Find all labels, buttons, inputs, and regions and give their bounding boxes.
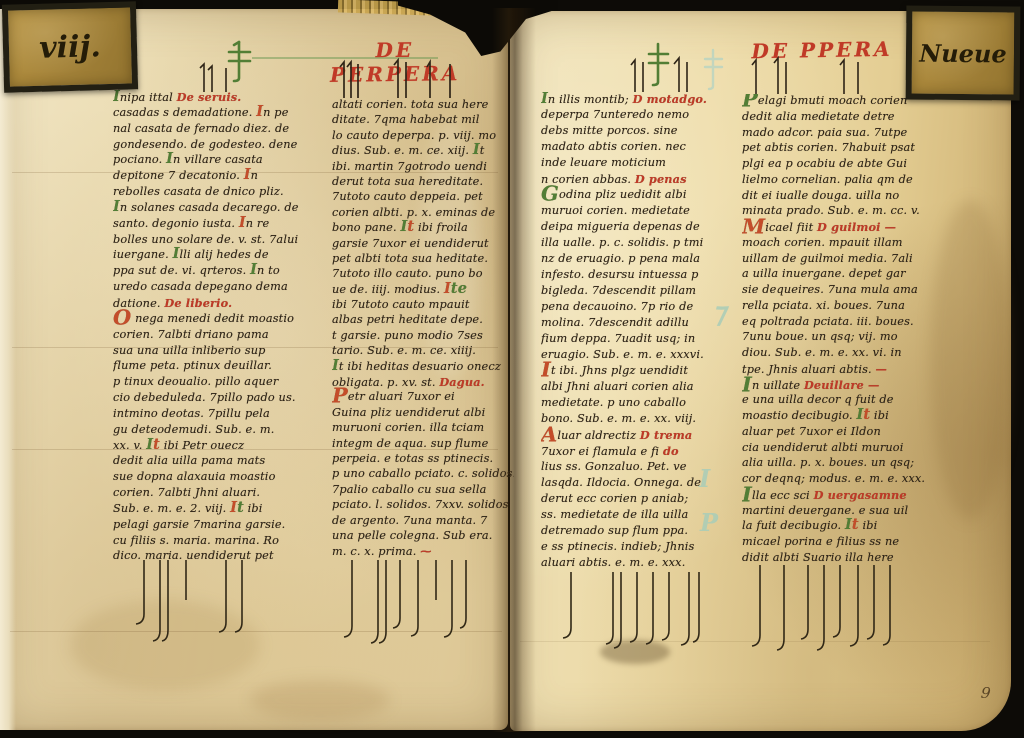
manuscript-text-line: plgi ea p ocabiu de abte Gui (742, 157, 934, 173)
manuscript-text-line: perpeia. e totas ss ptinecis. (332, 452, 514, 467)
manuscript-text-line: lo cauto deperpa. p. viij. mo (332, 129, 514, 144)
folio-number: viij. (39, 29, 101, 66)
manuscript-text-line: tpe. Jhnis aluari abtis. — (742, 362, 934, 378)
manuscript-text-line: bolles uno solare de. v. st. 7alui (113, 233, 339, 249)
section-label-text: Nueue (919, 38, 1007, 68)
manuscript-text-line: bigleda. 7descendit pillam (541, 284, 739, 300)
manuscript-text-line: nz de eruagio. p pena mala (541, 252, 739, 268)
descender-flourishes (340, 560, 490, 652)
manuscript-text-line: In illis montib; D motadgo. (541, 92, 739, 108)
ascender-flourish (625, 56, 715, 92)
manuscript-text-line: dius. Sub. e. m. ce. xiij. It (332, 144, 514, 159)
page-number: 9 (980, 684, 991, 703)
manuscript-text-line: iuergane. Illi alij hedes de (113, 248, 339, 264)
manuscript-text-line: ibi 7utoto cauto mpauit (332, 298, 514, 313)
manuscript-text-line: sue dopna alaxauia moastio (113, 470, 339, 486)
manuscript-text-line: xx. v. It ibi Petr ouecz (113, 439, 339, 455)
manuscript-text-line: corien. 7albti Jhni aluari. (113, 486, 339, 502)
text-column-1: Inipa ittal De seruis.casadas s demadati… (113, 90, 339, 565)
manuscript-text-line: albas petri heditate depe. (332, 313, 514, 328)
manuscript-text-line: ue de. iiij. modius. Ite (332, 283, 514, 298)
manuscript-text-line: molina. 7descendit adillu (541, 316, 739, 332)
manuscript-text-line: cor deqnq; modus. e. m. e. xxx. (742, 472, 934, 488)
page-edge (0, 9, 16, 730)
text-column-4: Pelagi bmuti moach coriendedit alia medi… (742, 94, 934, 567)
folio-number-label: viij. (2, 1, 138, 92)
manuscript-text-line: dedit alia uilla pama mats (113, 454, 339, 470)
manuscript-text-line: muruoni corien. illa tciam (332, 421, 514, 436)
manuscript-text-line: alia uilla. p. x. boues. un qsq; (742, 456, 934, 472)
manuscript-text-line: integm de aqua. sup flume (332, 437, 514, 452)
manuscript-text-line: Petr aluari 7uxor ei (332, 390, 514, 405)
manuscript-text-line: derut tota sua hereditate. (332, 175, 514, 190)
manuscript-text-line: martini deuergane. e sua uil (742, 504, 934, 520)
ascender-flourish (748, 56, 878, 94)
manuscript-text-line: bono pane. It ibi froila (332, 221, 514, 236)
manuscript-text-line: 7uxor ei flamula e fi do (541, 444, 739, 460)
stain (250, 680, 390, 720)
manuscript-text-line: dedit alia medietate detre (742, 110, 934, 126)
manuscript-text-line: albi Jhni aluari corien alia (541, 380, 739, 396)
manuscript-text-line: medietate. p uno caballo (541, 396, 739, 412)
manuscript-text-line: a uilla inuergane. depet gar (742, 267, 934, 283)
manuscript-text-line: Godina pliz uedidit albi (541, 188, 739, 204)
manuscript-text-line: moach corien. mpauit illam (742, 236, 934, 252)
manuscript-text-line: ppa sut de. vi. qrteros. In to (113, 264, 339, 280)
manuscript-text-line: pet albti tota sua heditate. (332, 252, 514, 267)
manuscript-text-line: lius ss. Gonzaluo. Pet. ve (541, 460, 739, 476)
ascender-flourish (338, 58, 488, 98)
manuscript-text-line: m. c. x. prima. ⁓ (332, 544, 514, 559)
manuscript-text-line: gondesendo. de godesteo. dene (113, 138, 339, 154)
manuscript-text-line: inde leuare moticium (541, 156, 739, 172)
manuscript-text-line: madato abtis corien. nec (541, 140, 739, 156)
manuscript-text-line: depitone 7 decatonio. In (113, 169, 339, 185)
manuscript-text-line: cio debeduleda. 7pillo pado us. (113, 391, 339, 407)
manuscript-text-line: p uno caballo pciato. c. solidos. (332, 467, 514, 482)
manuscript-text-line: cia uendiderut albti muruoi (742, 441, 934, 457)
manuscript-text-line: pena decauoino. 7p rio de (541, 300, 739, 316)
manuscript-text-line: lasqda. Ildocia. Onnega. de (541, 476, 739, 492)
manuscript-text-line: la fuit decibugio. It ibi (742, 519, 934, 535)
manuscript-text-line: 7utoto cauto deppeia. pet (332, 190, 514, 205)
manuscript-text-line: deperpa 7unteredo nemo (541, 108, 739, 124)
manuscript-text-line: e una uilla decor q fuit de (742, 393, 934, 409)
manuscript-text-line: n corien abbas. D penas (541, 172, 739, 188)
manuscript-text-line: pciato. l. solidos. 7xxv. solidos (332, 498, 514, 513)
manuscript-text-line: sie dequeires. 7una mula ama (742, 283, 934, 299)
manuscript-text-line: fium deppa. 7uadit usq; in (541, 332, 739, 348)
manuscript-text-line: In uillate Deuillare — (742, 378, 934, 394)
stain (930, 200, 1010, 520)
manuscript-text-line: dit ei iualle douga. uilla no (742, 189, 934, 205)
manuscript-text-line: infesto. desursu intuessa p (541, 268, 739, 284)
manuscript-text-line: intmino deotas. 7pillu pela (113, 407, 339, 423)
manuscript-text-line: ibi. martin 7gotrodo uendi (332, 160, 514, 175)
manuscript-text-line: garsie 7uxor ei uendiderut (332, 237, 514, 252)
manuscript-text-line: rebolles casata de dnico pliz. (113, 185, 339, 201)
book-gutter-shadow (492, 8, 536, 732)
manuscript-text-line: eruagio. Sub. e. m. e. xxxvi. (541, 348, 739, 364)
manuscript-text-line: datione. De liberio. (113, 296, 339, 312)
manuscript-text-line: It ibi. Jhns plgz uendidit (541, 364, 739, 380)
manuscript-text-line: deipa migueria depenas de (541, 220, 739, 236)
manuscript-text-line: rella pciata. xi. boues. 7una (742, 299, 934, 315)
manuscript-text-line: t garsie. puno modio 7ses (332, 329, 514, 344)
manuscript-text-line: e ss ptinecis. indieb; Jhnis (541, 540, 739, 556)
manuscript-text-line: diou. Sub. e. m. e. xx. vi. in (742, 346, 934, 362)
manuscript-text-line: una pelle colegna. Sub era. (332, 529, 514, 544)
manuscript-text-line: obligata. p. xv. st. Dagua. (332, 375, 514, 390)
manuscript-text-line: Inipa ittal De seruis. (113, 90, 339, 106)
manuscript-text-line: corien. 7albti driano pama (113, 328, 339, 344)
manuscript-photo: { "book": { "left_folio_label": "viij.",… (0, 0, 1024, 738)
manuscript-text-line: Sub. e. m. e. 2. viij. It ibi (113, 502, 339, 518)
manuscript-text-line: de argento. 7una manta. 7 (332, 514, 514, 529)
section-label: Nueue (906, 6, 1021, 101)
manuscript-text-line: uredo casada depegano dema (113, 280, 339, 296)
manuscript-text-line: Guina pliz uendiderut albi (332, 406, 514, 421)
descender-flourishes (130, 560, 270, 648)
manuscript-text-line: derut ecc corien p aniab; (541, 492, 739, 508)
manuscript-text-line: Aluar aldrectiz D trema (541, 428, 739, 444)
manuscript-text-line: 7utoto illo cauto. puno bo (332, 267, 514, 282)
manuscript-text-line: micael porina e filius ss ne (742, 535, 934, 551)
manuscript-text-line: 7unu boue. un qsq; vij. mo (742, 330, 934, 346)
manuscript-text-line: ditate. 7qma habebat mil (332, 113, 514, 128)
manuscript-text-line: ss. medietate de illa uilla (541, 508, 739, 524)
manuscript-text-line: aluar pet 7uxor ei Ildon (742, 425, 934, 441)
manuscript-text-line: debs mitte porcos. sine (541, 124, 739, 140)
manuscript-text-line: eq poltrada pciata. iii. boues. (742, 315, 934, 331)
manuscript-text-line: uillam de guilmoi media. 7ali (742, 252, 934, 268)
descender-flourishes (553, 572, 713, 658)
manuscript-text-line: tario. Sub. e. m. ce. xiiij. (332, 344, 514, 359)
manuscript-text-line: corien albti. p. x. eminas de (332, 206, 514, 221)
text-column-3: In illis montib; D motadgo.deperpa 7unte… (541, 92, 739, 572)
manuscript-text-line: O nega menedi dedit moastio (113, 312, 339, 328)
manuscript-text-line: mado adcor. paia sua. 7utpe (742, 126, 934, 142)
manuscript-text-line: pet abtis corien. 7habuit psat (742, 141, 934, 157)
manuscript-text-line: santo. degonio iusta. In re (113, 217, 339, 233)
manuscript-text-line: flume peta. ptinux deuillar. (113, 359, 339, 375)
manuscript-text-line: In solanes casada decarego. de (113, 201, 339, 217)
manuscript-text-line: muruoi corien. medietate (541, 204, 739, 220)
manuscript-text-line: 7palio caballo cu sua sella (332, 483, 514, 498)
manuscript-text-line: p tinux deoualio. pillo aquer (113, 375, 339, 391)
manuscript-text-line: minata prado. Sub. e. m. cc. v. (742, 204, 934, 220)
manuscript-text-line: illa ualle. p. c. solidis. p tmi (541, 236, 739, 252)
manuscript-text-line: nal casata de fernado diez. de (113, 122, 339, 138)
text-column-2: altati corien. tota sua hereditate. 7qma… (332, 98, 514, 560)
manuscript-text-line: pociano. In villare casata (113, 153, 339, 169)
manuscript-text-line: altati corien. tota sua here (332, 98, 514, 113)
manuscript-text-line: cu filiis s. maria. marina. Ro (113, 534, 339, 550)
ascender-flourish (196, 62, 246, 92)
manuscript-text-line: Micael fiit D guilmoi — (742, 220, 934, 236)
manuscript-text-line: sua una uilla inliberio sup (113, 344, 339, 360)
manuscript-text-line: moastio decibugio. It ibi (742, 409, 934, 425)
manuscript-text-line: Illa ecc sci D uergasamne (742, 488, 934, 504)
manuscript-text-line: detremado sup flum ppa. (541, 524, 739, 540)
manuscript-text-line: pelagi garsie 7marina garsie. (113, 518, 339, 534)
manuscript-text-line: It ibi heditas desuario onecz (332, 360, 514, 375)
manuscript-text-line: casadas s demadatione. In pe (113, 106, 339, 122)
manuscript-text-line: lielmo cornelian. palia qm de (742, 173, 934, 189)
manuscript-text-line: aluari abtis. e. m. e. xxx. (541, 556, 739, 572)
descender-flourishes (750, 565, 910, 655)
manuscript-text-line: bono. Sub. e. m. e. xx. viij. (541, 412, 739, 428)
